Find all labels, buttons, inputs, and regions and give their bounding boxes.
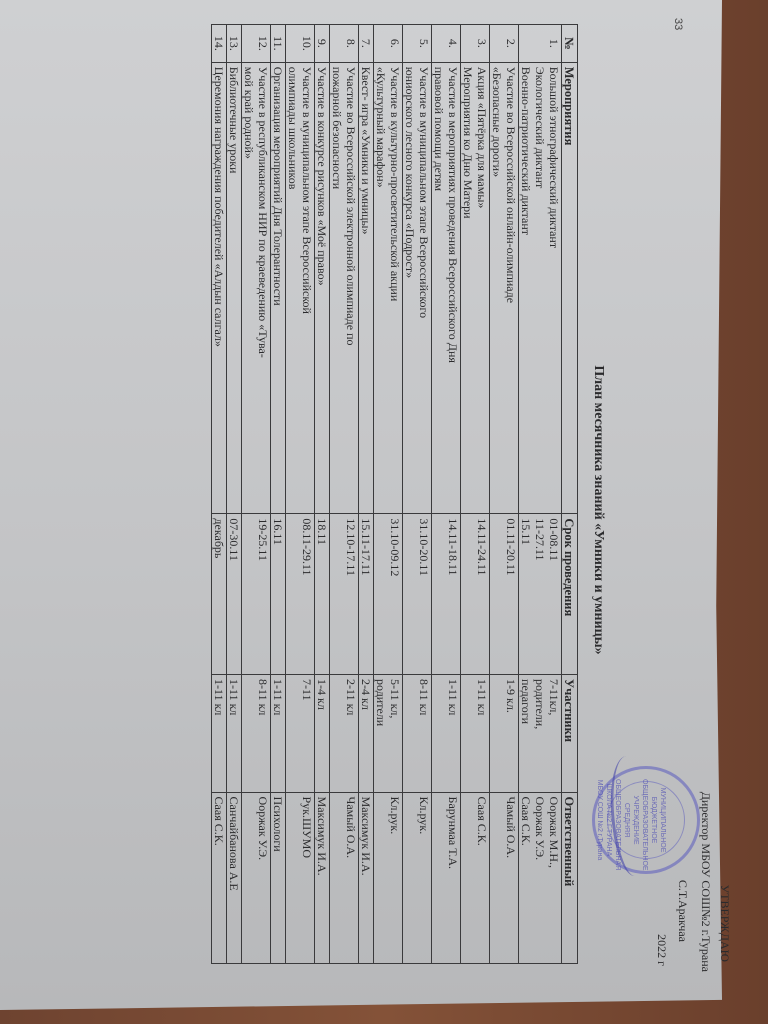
cell-participants-line: 2-11 кл [344, 679, 358, 788]
cell-date: 01.11-20.11 [490, 514, 519, 675]
approval-position: Директор МБОУ СОШ№2 г.Турана [698, 672, 713, 972]
cell-date-line: 14.11-24.11 [475, 518, 489, 670]
cell-participants-line: 2-4 кл [359, 679, 373, 788]
cell-participants: 8-11 кл [403, 675, 432, 793]
cell-date: 01-08.1111-27.1115.11 [519, 514, 562, 675]
cell-num: 10. [286, 25, 315, 63]
cell-responsible-line: Ооржак У.Э. [256, 797, 270, 959]
cell-responsible: Ооржак У.Э. [242, 792, 271, 963]
cell-participants-line: 1-11 кл [446, 679, 460, 788]
cell-event-line: Участие в конкурсе рисунков «Моё право» [315, 67, 329, 510]
cell-responsible: Санчайбанова А.Е [227, 792, 242, 963]
cell-participants: 1-11 кл [432, 675, 461, 793]
cell-date: 15.11-17.11 [359, 514, 374, 675]
cell-event-line: правовой помощи детям [432, 67, 446, 510]
cell-date-line: 01.11-20.11 [504, 518, 518, 670]
cell-event-line: Участие во Всероссийской онлайн-олимпиад… [504, 67, 518, 510]
cell-responsible: Максимук И.А. [315, 792, 330, 963]
cell-participants: 2-11 кл [330, 675, 359, 793]
table-row: 14.Церемония награждения победителей «Ал… [212, 25, 227, 964]
cell-num: 2. [490, 25, 519, 63]
cell-date-line: декабрь [212, 518, 226, 670]
cell-event-line: «Безопасные дороги» [490, 67, 504, 510]
table-row: 7.Квест- игра «Умники и умницы»15.11-17.… [359, 25, 374, 964]
cell-participants: 1-11 кл [212, 675, 227, 793]
cell-participants-line: 1-9 кл. [504, 679, 518, 788]
table-row: 5.Участие в муниципальном этапе Всеросси… [403, 25, 432, 964]
cell-date: 16.11 [271, 514, 286, 675]
cell-responsible-line: Ооржак У.Э. [533, 797, 547, 959]
cell-event-line: Акция «Пятёрка для мамы» [475, 67, 489, 510]
cell-responsible-line: Саая С.К. [475, 797, 489, 959]
table-row: 4.Участие в мероприятиях проведения Всер… [432, 25, 461, 964]
cell-event: Участие во Всероссийской электронной оли… [330, 62, 359, 514]
cell-num: 12. [242, 25, 271, 63]
cell-date: 18.11 [315, 514, 330, 675]
cell-event: Участие в культурно-просветительской акц… [374, 62, 403, 514]
page-number: 33 [672, 18, 684, 30]
cell-date-line: 19-25.11 [256, 518, 270, 670]
cell-event: Участие в мероприятиях проведения Всерос… [432, 62, 461, 514]
cell-date-line: 16.11 [271, 518, 285, 670]
table-row: 6.Участие в культурно-просветительской а… [374, 25, 403, 964]
cell-date: 14.11-24.11 [461, 514, 490, 675]
cell-event-line: Экологический диктант [533, 67, 547, 510]
table-row: 1.Большой этнографический диктант Эколог… [519, 25, 562, 964]
cell-date-line: 15.11 [519, 518, 533, 670]
cell-participants-line: родители, [533, 679, 547, 788]
cell-responsible-line: Психологи [271, 797, 285, 959]
table-row: 12.Участие в республиканском НИР по крае… [242, 25, 271, 964]
header-date: Срок проведения [562, 514, 578, 675]
events-plan-table: № Мероприятия Срок проведения Участники … [211, 24, 578, 964]
table-row: 2.Участие во Всероссийской онлайн-олимпи… [490, 25, 519, 964]
cell-date-line: 18.11 [315, 518, 329, 670]
cell-num: 5. [403, 25, 432, 63]
cell-date: декабрь [212, 514, 227, 675]
cell-participants-line: 1-11 кл [475, 679, 489, 788]
cell-event: Участие в республиканском НИР по краевед… [242, 62, 271, 514]
cell-responsible: Чамый О.А. [490, 792, 519, 963]
cell-responsible: Барунмаа Т.А. [432, 792, 461, 963]
cell-responsible: Саая С.К. [461, 792, 490, 963]
cell-num: 3. [461, 25, 490, 63]
table-row: 8.Участие во Всероссийской электронной о… [330, 25, 359, 964]
cell-event-line: Участие в муниципальном этапе Всероссийс… [417, 67, 431, 510]
cell-participants: 7-11 [286, 675, 315, 793]
cell-date-line: 07-30.11 [227, 518, 241, 670]
cell-event-line: Участие в муниципальном этапе Всероссийс… [300, 67, 314, 510]
cell-event: Церемония награждения победителей «Алдын… [212, 62, 227, 514]
cell-responsible-line: Кл.рук. [388, 797, 402, 959]
cell-participants-line: 8-11 кл [256, 679, 270, 788]
cell-event: Большой этнографический диктант Экологич… [519, 62, 562, 514]
table-header-row: № Мероприятия Срок проведения Участники … [562, 25, 578, 964]
cell-date-line: 11-27.11 [533, 518, 547, 670]
header-responsible: Ответственный [562, 792, 578, 963]
cell-participants: 2-4 кл [359, 675, 374, 793]
cell-responsible-line: Саая С.К. [212, 797, 226, 959]
cell-event: Участие во Всероссийской онлайн-олимпиад… [490, 62, 519, 514]
cell-num: 13. [227, 25, 242, 63]
cell-participants: 8-11 кл [242, 675, 271, 793]
header-participants: Участники [562, 675, 578, 793]
cell-event: Квест- игра «Умники и умницы» [359, 62, 374, 514]
cell-responsible: Чамый О.А. [330, 792, 359, 963]
cell-date-line: 31.10-20.11 [417, 518, 431, 670]
cell-participants-line: родители [374, 679, 388, 788]
cell-event: Организация мероприятий Дня Толерантност… [271, 62, 286, 514]
cell-event-line: Церемония награждения победителей «Алдын… [212, 67, 226, 510]
cell-responsible: Саая С.К. [212, 792, 227, 963]
cell-participants-line: 1-11 кл [271, 679, 285, 788]
approval-heading: УТВЕРЖДАЮ [717, 672, 732, 962]
cell-participants: 1-11 кл [227, 675, 242, 793]
cell-responsible-line: Чамый О.А. [504, 797, 518, 959]
cell-event-line: олимпиады школьников [286, 67, 300, 510]
cell-responsible: Ооржак М.Н.,Ооржак У.Э.Саая С.К. [519, 792, 562, 963]
table-row: 10.Участие в муниципальном этапе Всеросс… [286, 25, 315, 964]
cell-event: Библиотечные уроки [227, 62, 242, 514]
cell-participants: 1-4 кл [315, 675, 330, 793]
cell-date: 14.11-18.11 [432, 514, 461, 675]
table-row: 3.Акция «Пятёрка для мамы»Мероприятия ко… [461, 25, 490, 964]
table-row: 9.Участие в конкурсе рисунков «Моё право… [315, 25, 330, 964]
header-num: № [562, 25, 578, 63]
cell-participants-line: 1-11 кл [212, 679, 226, 788]
cell-event: Участие в муниципальном этапе Всероссийс… [286, 62, 315, 514]
cell-event-line: Участие в культурно-просветительской акц… [388, 67, 402, 510]
cell-date-line: 31.10-09.12 [388, 518, 402, 670]
cell-responsible-line: Рук.ШУМО [300, 797, 314, 959]
cell-event-line: «Культурный марафон» [374, 67, 388, 510]
cell-participants: 1-11 кл [271, 675, 286, 793]
cell-date-line: 01-08.11 [547, 518, 561, 670]
cell-event-line: Участие в республиканском НИР по краевед… [256, 67, 270, 510]
cell-participants: 1-11 кл [461, 675, 490, 793]
cell-responsible: Кл.рук. [403, 792, 432, 963]
cell-event: Акция «Пятёрка для мамы»Мероприятия ко Д… [461, 62, 490, 514]
cell-date: 19-25.11 [242, 514, 271, 675]
cell-event-line: Участие во Всероссийской электронной оли… [344, 67, 358, 510]
cell-num: 7. [359, 25, 374, 63]
cell-participants: 5-11 кл,родители [374, 675, 403, 793]
cell-date: 31.10-09.12 [374, 514, 403, 675]
cell-event-line: юниорского лесного конкурса «Подрост» [403, 67, 417, 510]
cell-date: 08.11-29.11 [286, 514, 315, 675]
table-row: 11.Организация мероприятий Дня Толерантн… [271, 25, 286, 964]
table-row: 13.Библиотечные уроки07-30.111-11 клСанч… [227, 25, 242, 964]
cell-num: 14. [212, 25, 227, 63]
cell-num: 9. [315, 25, 330, 63]
cell-date-line: 12.10-17.11 [344, 518, 358, 670]
cell-participants-line: 7-11кл, [547, 679, 561, 788]
cell-responsible-line: Максимук И.А. [315, 797, 329, 959]
cell-event-line: Организация мероприятий Дня Толерантност… [271, 67, 285, 510]
document-title: План месячника знаний «Умники и умницы» [590, 180, 606, 840]
cell-event-line: Библиотечные уроки [227, 67, 241, 510]
header-event: Мероприятия [562, 62, 578, 514]
cell-num: 1. [519, 25, 562, 63]
cell-responsible-line: Санчайбанова А.Е [227, 797, 241, 959]
cell-responsible: Максимук И.А. [359, 792, 374, 963]
cell-event-line: Большой этнографический диктант [547, 67, 561, 510]
cell-responsible-line: Барунмаа Т.А. [446, 797, 460, 959]
cell-event-line: мой край родной» [242, 67, 256, 510]
cell-responsible-line: Саая С.К. [519, 797, 533, 959]
cell-event-line: пожарной безопасности [330, 67, 344, 510]
cell-participants-line: 8-11 кл [417, 679, 431, 788]
cell-participants: 7-11кл,родители,педагоги [519, 675, 562, 793]
cell-responsible: Кл.рук. [374, 792, 403, 963]
cell-event-line: Мероприятия ко Дню Матери [461, 67, 475, 510]
cell-num: 6. [374, 25, 403, 63]
cell-responsible-line: Ооржак М.Н., [547, 797, 561, 959]
cell-date: 31.10-20.11 [403, 514, 432, 675]
cell-participants-line: 5-11 кл, [388, 679, 402, 788]
cell-responsible-line: Кл.рук. [417, 797, 431, 959]
rotated-document-page: 33 УТВЕРЖДАЮ Директор МБОУ СОШ№2 г.Туран… [0, 0, 768, 1024]
cell-responsible: Психологи [271, 792, 286, 963]
cell-date-line: 08.11-29.11 [300, 518, 314, 670]
cell-date: 07-30.11 [227, 514, 242, 675]
cell-event-line: Военно-патриотический диктант [519, 67, 533, 510]
cell-date-line: 15.11-17.11 [359, 518, 373, 670]
cell-event: Участие в муниципальном этапе Всероссийс… [403, 62, 432, 514]
cell-num: 8. [330, 25, 359, 63]
cell-event-line: Квест- игра «Умники и умницы» [359, 67, 373, 510]
cell-responsible-line: Чамый О.А. [344, 797, 358, 959]
table-body: 1.Большой этнографический диктант Эколог… [212, 25, 562, 964]
cell-date: 12.10-17.11 [330, 514, 359, 675]
cell-event: Участие в конкурсе рисунков «Моё право» [315, 62, 330, 514]
cell-responsible: Рук.ШУМО [286, 792, 315, 963]
cell-num: 4. [432, 25, 461, 63]
cell-responsible-line: Максимук И.А. [359, 797, 373, 959]
cell-participants-line: педагоги [519, 679, 533, 788]
cell-participants-line: 7-11 [300, 679, 314, 788]
cell-participants-line: 1-4 кл [315, 679, 329, 788]
cell-participants-line: 1-11 кл [227, 679, 241, 788]
cell-event-line: Участие в мероприятиях проведения Всерос… [446, 67, 460, 510]
cell-participants: 1-9 кл. [490, 675, 519, 793]
cell-num: 11. [271, 25, 286, 63]
cell-date-line: 14.11-18.11 [446, 518, 460, 670]
